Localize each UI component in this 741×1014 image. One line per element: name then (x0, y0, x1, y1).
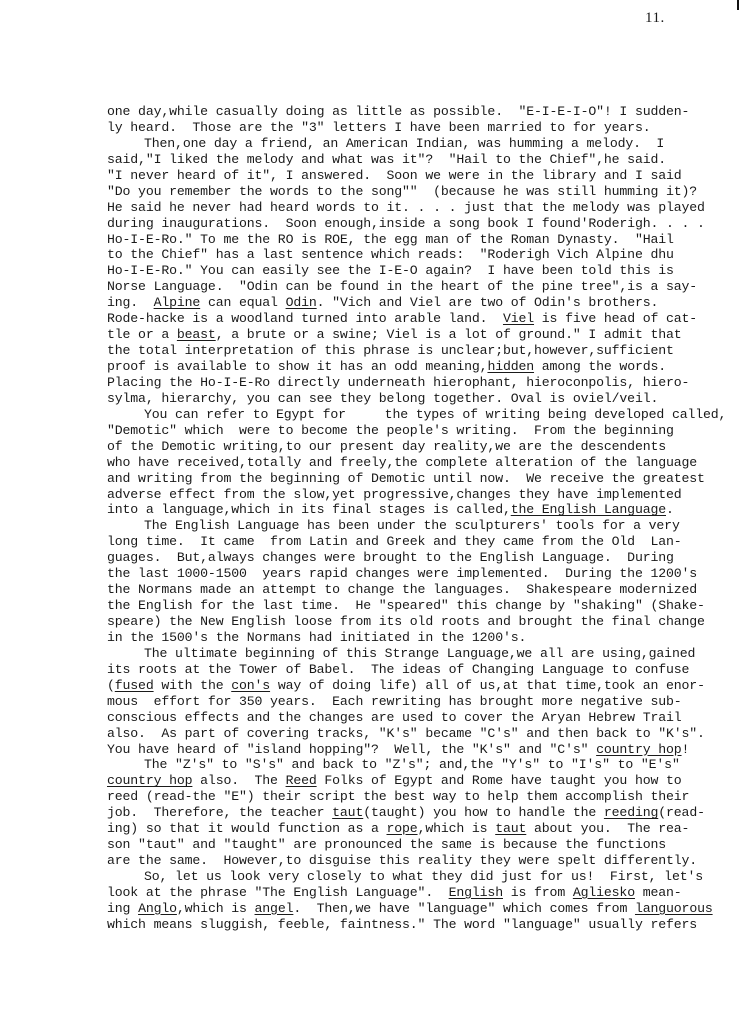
text-line: Ho-I-E-Ro." You can easily see the I-E-O… (107, 263, 741, 279)
text-segment: ,which is (418, 821, 496, 836)
text-line: Rode-hacke is a woodland turned into ara… (107, 311, 741, 327)
text-line: also. As part of covering tracks, "K's" … (107, 726, 741, 742)
text-segment: to the Chief" has a last sentence which … (107, 247, 674, 262)
text-segment: which means sluggish, feeble, faintness.… (107, 917, 697, 932)
text-segment: also. As part of covering tracks, "K's" … (107, 726, 705, 741)
underlined-word: country hop (107, 773, 192, 788)
page-number: 11. (645, 10, 665, 27)
text-segment: ing (107, 901, 138, 916)
text-line: during inaugurations. Soon enough,inside… (107, 216, 741, 232)
text-line: are the same. However,to disguise this r… (107, 853, 741, 869)
text-segment: So, let us look very closely to what the… (144, 869, 703, 884)
text-segment: He said he never had heard words to it. … (107, 200, 705, 215)
text-line: speare) the New English loose from its o… (107, 614, 741, 630)
text-segment: . "Vich and Viel are two of Odin's broth… (317, 295, 659, 310)
text-segment: ing. (107, 295, 154, 310)
text-segment: who have received,totally and freely,the… (107, 455, 697, 470)
document-body: one day,while casually doing as little a… (107, 104, 741, 933)
text-segment: one day,while casually doing as little a… (107, 104, 689, 119)
underlined-word: country hop (596, 742, 681, 757)
text-line: ing) so that it would function as a rope… (107, 821, 741, 837)
text-line: long time. It came from Latin and Greek … (107, 534, 741, 550)
underlined-word: taut (332, 805, 363, 820)
text-segment: The "Z's" to "S's" and back to "Z's"; an… (144, 757, 680, 772)
text-line: Placing the Ho-I-E-Ro directly underneat… (107, 375, 741, 391)
text-line: reed (read-the "E") their script the bes… (107, 789, 741, 805)
text-line: the English for the last time. He "spear… (107, 598, 741, 614)
text-line: guages. But,always changes were brought … (107, 550, 741, 566)
text-segment: son "taut" and "taught" are pronounced t… (107, 837, 666, 852)
text-segment: in the 1500's the Normans had initiated … (107, 630, 526, 645)
text-segment: Ho-I-E-Ro." To me the RO is ROE, the egg… (107, 232, 674, 247)
text-segment: the total interpretation of this phrase … (107, 343, 674, 358)
text-line: to the Chief" has a last sentence which … (107, 247, 741, 263)
text-line: who have received,totally and freely,the… (107, 455, 741, 471)
underlined-word: Viel (503, 311, 534, 326)
text-segment: adverse effect from the slow,yet progres… (107, 487, 682, 502)
underlined-word: rope (387, 821, 418, 836)
text-segment: with the (154, 678, 232, 693)
text-segment: is five head of cat- (534, 311, 697, 326)
text-segment: conscious effects and the changes are us… (107, 710, 682, 725)
text-line: the Normans made an attempt to change th… (107, 582, 741, 598)
underlined-word: beast (177, 327, 216, 342)
underlined-word: Alpine (154, 295, 201, 310)
text-segment: sylma, hierarchy, you can see they belon… (107, 391, 658, 406)
text-segment: into a language,which in its final stage… (107, 502, 511, 517)
text-line: The "Z's" to "S's" and back to "Z's"; an… (107, 757, 741, 773)
text-line: ly heard. Those are the "3" letters I ha… (107, 120, 741, 136)
underlined-word: Anglo (138, 901, 177, 916)
text-segment: Then,one day a friend, an American India… (144, 136, 664, 151)
text-segment: . Then,we have "language" which comes fr… (293, 901, 635, 916)
text-segment: also. The (192, 773, 285, 788)
text-segment: proof is available to show it has an odd… (107, 359, 487, 374)
text-segment: tle or a (107, 327, 177, 342)
underlined-word: hidden (487, 359, 534, 374)
text-segment: Rode-hacke is a woodland turned into ara… (107, 311, 503, 326)
text-line: mous effort for 350 years. Each rewritin… (107, 694, 741, 710)
text-line: look at the phrase "The English Language… (107, 885, 741, 901)
text-segment: the Normans made an attempt to change th… (107, 582, 697, 597)
text-segment: of the Demotic writing,to our present da… (107, 439, 666, 454)
text-segment: among the words. (534, 359, 666, 374)
text-segment: ,which is (177, 901, 255, 916)
text-segment: ing) so that it would function as a (107, 821, 387, 836)
text-line: ing. Alpine can equal Odin. "Vich and Vi… (107, 295, 741, 311)
text-line: You have heard of "island hopping"? Well… (107, 742, 741, 758)
text-segment: are the same. However,to disguise this r… (107, 853, 697, 868)
text-line: The ultimate beginning of this Strange L… (107, 646, 741, 662)
text-line: and writing from the beginning of Demoti… (107, 471, 741, 487)
underlined-word: the English Language (511, 502, 666, 517)
text-line: one day,while casually doing as little a… (107, 104, 741, 120)
text-segment: look at the phrase "The English Language… (107, 885, 449, 900)
text-segment: about you. The rea- (526, 821, 689, 836)
text-line: into a language,which in its final stage… (107, 502, 741, 518)
text-line: Ho-I-E-Ro." To me the RO is ROE, the egg… (107, 232, 741, 248)
text-segment: ( (107, 678, 115, 693)
text-line: He said he never had heard words to it. … (107, 200, 741, 216)
text-segment: "Do you remember the words to the song""… (107, 184, 697, 199)
text-line: (fused with the con's way of doing life)… (107, 678, 741, 694)
text-line: "Do you remember the words to the song""… (107, 184, 741, 200)
text-line: "I never heard of it", I answered. Soon … (107, 168, 741, 184)
underlined-word: con's (231, 678, 270, 693)
text-line: Norse Language. "Odin can be found in th… (107, 279, 741, 295)
text-segment: Norse Language. "Odin can be found in th… (107, 279, 697, 294)
underlined-word: reeding (604, 805, 658, 820)
text-segment: is from (503, 885, 573, 900)
text-segment: The ultimate beginning of this Strange L… (144, 646, 695, 661)
text-line: said,"I liked the melody and what was it… (107, 152, 741, 168)
text-line: in the 1500's the Normans had initiated … (107, 630, 741, 646)
text-segment: way of doing life) all of us,at that tim… (270, 678, 705, 693)
text-line: the last 1000-1500 years rapid changes w… (107, 566, 741, 582)
text-segment: (read- (658, 805, 705, 820)
text-segment: You can refer to Egypt for the types of … (144, 407, 726, 422)
text-line: tle or a beast, a brute or a swine; Viel… (107, 327, 741, 343)
text-line: proof is available to show it has an odd… (107, 359, 741, 375)
text-segment: ! (682, 742, 690, 757)
text-line: the total interpretation of this phrase … (107, 343, 741, 359)
text-line: The English Language has been under the … (107, 518, 741, 534)
underlined-word: Agliesko (573, 885, 635, 900)
text-segment: guages. But,always changes were brought … (107, 550, 674, 565)
text-line: son "taut" and "taught" are pronounced t… (107, 837, 741, 853)
text-line: sylma, hierarchy, you can see they belon… (107, 391, 741, 407)
text-segment: . (666, 502, 674, 517)
underlined-word: Reed (286, 773, 317, 788)
text-line: Then,one day a friend, an American India… (107, 136, 741, 152)
text-segment: its roots at the Tower of Babel. The ide… (107, 662, 689, 677)
underlined-word: fused (115, 678, 154, 693)
text-line: ing Anglo,which is angel. Then,we have "… (107, 901, 741, 917)
underlined-word: angel (255, 901, 294, 916)
text-line: So, let us look very closely to what the… (107, 869, 741, 885)
text-segment: said,"I liked the melody and what was it… (107, 152, 666, 167)
text-segment: You have heard of "island hopping"? Well… (107, 742, 596, 757)
underlined-word: Odin (286, 295, 317, 310)
text-line: job. Therefore, the teacher taut(taught)… (107, 805, 741, 821)
scan-edge-mark (737, 0, 739, 10)
underlined-word: taut (495, 821, 526, 836)
text-segment: , a brute or a swine; Viel is a lot of g… (216, 327, 682, 342)
underlined-word: languorous (635, 901, 713, 916)
text-line: which means sluggish, feeble, faintness.… (107, 917, 741, 933)
text-segment: (taught) you how to handle the (363, 805, 604, 820)
text-segment: job. Therefore, the teacher (107, 805, 332, 820)
text-line: its roots at the Tower of Babel. The ide… (107, 662, 741, 678)
text-segment: mean- (635, 885, 682, 900)
text-segment: during inaugurations. Soon enough,inside… (107, 216, 705, 231)
text-segment: long time. It came from Latin and Greek … (107, 534, 682, 549)
text-segment: Placing the Ho-I-E-Ro directly underneat… (107, 375, 689, 390)
text-segment: and writing from the beginning of Demoti… (107, 471, 705, 486)
text-segment: The English Language has been under the … (144, 518, 680, 533)
text-segment: "I never heard of it", I answered. Soon … (107, 168, 682, 183)
text-line: of the Demotic writing,to our present da… (107, 439, 741, 455)
text-segment: ly heard. Those are the "3" letters I ha… (107, 120, 650, 135)
text-segment: "Demotic" which were to become the peopl… (107, 423, 674, 438)
text-line: You can refer to Egypt for the types of … (107, 407, 741, 423)
text-segment: can equal (200, 295, 285, 310)
text-line: "Demotic" which were to become the peopl… (107, 423, 741, 439)
text-segment: reed (read-the "E") their script the bes… (107, 789, 689, 804)
text-segment: the English for the last time. He "spear… (107, 598, 705, 613)
text-line: adverse effect from the slow,yet progres… (107, 487, 741, 503)
text-line: country hop also. The Reed Folks of Egyp… (107, 773, 741, 789)
underlined-word: English (449, 885, 503, 900)
text-segment: mous effort for 350 years. Each rewritin… (107, 694, 682, 709)
text-segment: the last 1000-1500 years rapid changes w… (107, 566, 697, 581)
text-segment: Ho-I-E-Ro." You can easily see the I-E-O… (107, 263, 674, 278)
text-segment: speare) the New English loose from its o… (107, 614, 705, 629)
text-line: conscious effects and the changes are us… (107, 710, 741, 726)
text-segment: Folks of Egypt and Rome have taught you … (317, 773, 682, 788)
